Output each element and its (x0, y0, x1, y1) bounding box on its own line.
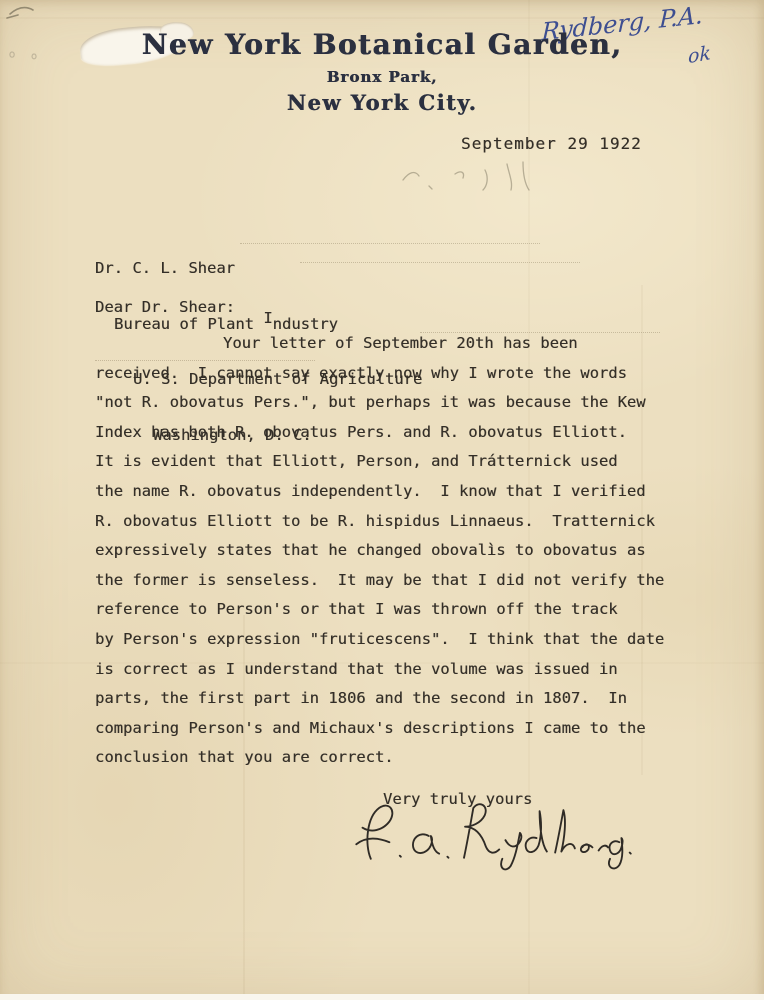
recipient-bureau-post: ndustry (273, 315, 338, 333)
signature-ink-stroke (348, 798, 638, 874)
scan-artifact-line (240, 243, 540, 245)
fold-crease-vertical-left (243, 615, 245, 1000)
fold-crease-vertical-center (528, 0, 530, 1000)
body-line: expressively states that he changed obov… (95, 541, 695, 571)
salutation: Dear Dr. Shear: (95, 298, 235, 316)
scan-artifact-line (420, 332, 660, 334)
body-line: reference to Person's or that I was thro… (95, 600, 695, 630)
fold-crease-vertical-right (641, 285, 643, 775)
recipient-bureau-raised-letter: I (263, 309, 272, 327)
scan-artifact-line (300, 262, 580, 264)
body-line: It is evident that Elliott, Person, and … (95, 452, 695, 482)
recipient-bureau-pre: Bureau of Plant (114, 315, 263, 333)
letter-page: Rydberg, P.A. ok New York Botanical Gard… (0, 0, 764, 1000)
body-line: received. I cannot say exactly now why I… (95, 364, 695, 394)
letterhead-organization: New York Botanical Garden, (0, 28, 764, 61)
body-line: the name R. obovatus independently. I kn… (95, 482, 695, 512)
body-line: by Person's expression "fruticescens". I… (95, 630, 695, 660)
body-line: Index has both R. obovatus Pers. and R. … (95, 423, 695, 453)
body-line: comparing Person's and Michaux's descrip… (95, 719, 695, 749)
body-line: R. obovatus Elliott to be R. hispidus Li… (95, 512, 695, 542)
date-line: September 29 1922 (461, 134, 642, 153)
body-line: conclusion that you are correct. (95, 748, 695, 778)
body-line: the former is senseless. It may be that … (95, 571, 695, 601)
scan-artifact-line (95, 360, 315, 362)
recipient-bureau: Bureau of Plant Industry (95, 315, 422, 334)
letter-body: Your letter of September 20th has been r… (95, 334, 695, 778)
letterhead: New York Botanical Garden, Bronx Park, N… (0, 28, 764, 115)
pencil-scribble-under-date (395, 152, 565, 202)
body-line: "not R. obovatus Pers.", but perhaps it … (95, 393, 695, 423)
letterhead-location-line2: New York City. (0, 90, 764, 115)
body-line: parts, the first part in 1806 and the se… (95, 689, 695, 719)
fold-crease-horizontal-top (0, 17, 764, 19)
fold-crease-horizontal-lower (0, 662, 764, 664)
letterhead-location-line1: Bronx Park, (0, 68, 764, 86)
signature (348, 798, 638, 874)
scan-edge-strip (0, 994, 764, 1000)
